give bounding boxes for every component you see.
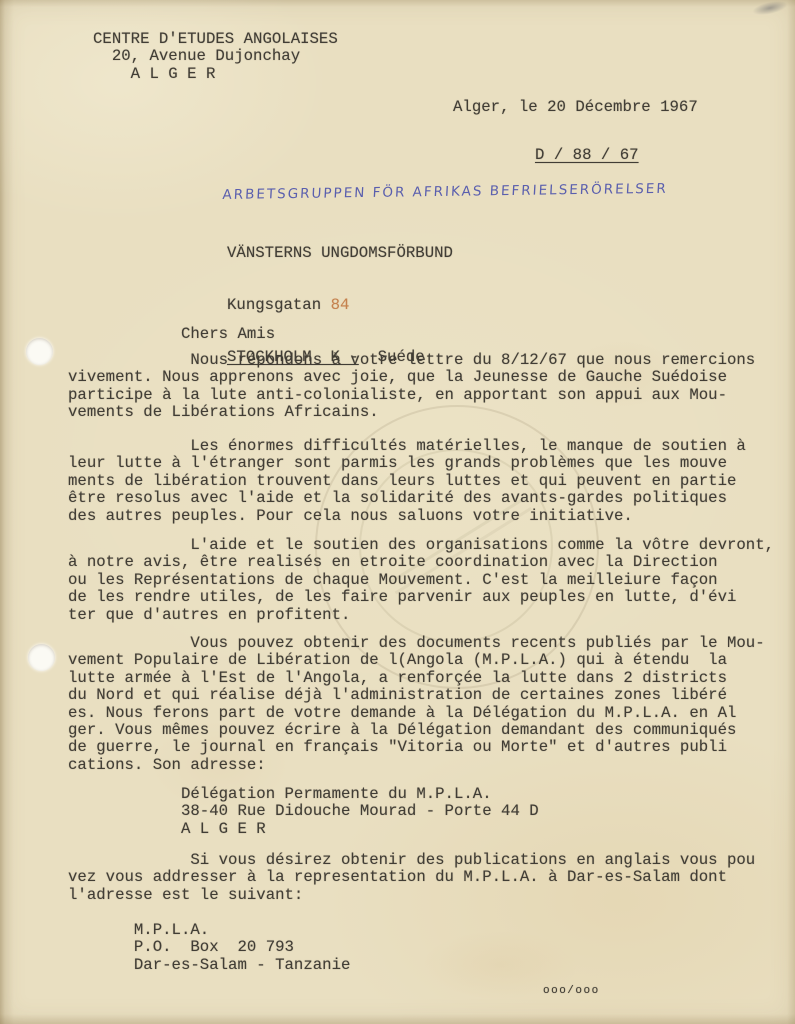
paragraph-4: Vous pouvez obtenir des documents recent… — [68, 635, 765, 774]
recipient-org: VÄNSTERNS UNGDOMSFÖRBUND — [227, 245, 453, 262]
letter-document: CENTRE D'ETUDES ANGOLAISES 20, Avenue Du… — [0, 0, 795, 1024]
mpla-dar-address: M.P.L.A. P.O. Box 20 793 Dar-es-Salam - … — [68, 922, 350, 974]
punch-hole — [28, 644, 55, 671]
salutation: Chers Amis — [68, 326, 275, 343]
reference-number: D / 88 / 67 — [535, 147, 639, 164]
recipient-street-number: 84 — [331, 296, 350, 314]
paragraph-2: Les énormes difficultés matérielles, le … — [68, 438, 746, 525]
recipient-handwritten-line: ARBETSGRUPPEN FÖR AFRIKAS BEFRIELSERÖREL… — [222, 181, 668, 203]
paragraph-3: L'aide et le soutien des organisations c… — [68, 537, 774, 624]
continuation-mark: ooo/ooo — [543, 985, 600, 997]
recipient-street-name: Kungsgatan — [227, 296, 331, 314]
punch-hole — [26, 338, 53, 365]
corner-smudge — [751, 0, 789, 18]
paragraph-5: Si vous désirez obtenir des publications… — [68, 852, 755, 904]
letterhead-block: CENTRE D'ETUDES ANGOLAISES 20, Avenue Du… — [93, 31, 338, 83]
paragraph-1: Nous répondons à votre lettre du 8/12/67… — [68, 352, 755, 422]
recipient-street: Kungsgatan 84 — [227, 297, 453, 314]
mpla-alger-address: Délégation Permamente du M.P.L.A. 38-40 … — [68, 786, 539, 838]
dateline: Alger, le 20 Décembre 1967 — [453, 99, 698, 116]
